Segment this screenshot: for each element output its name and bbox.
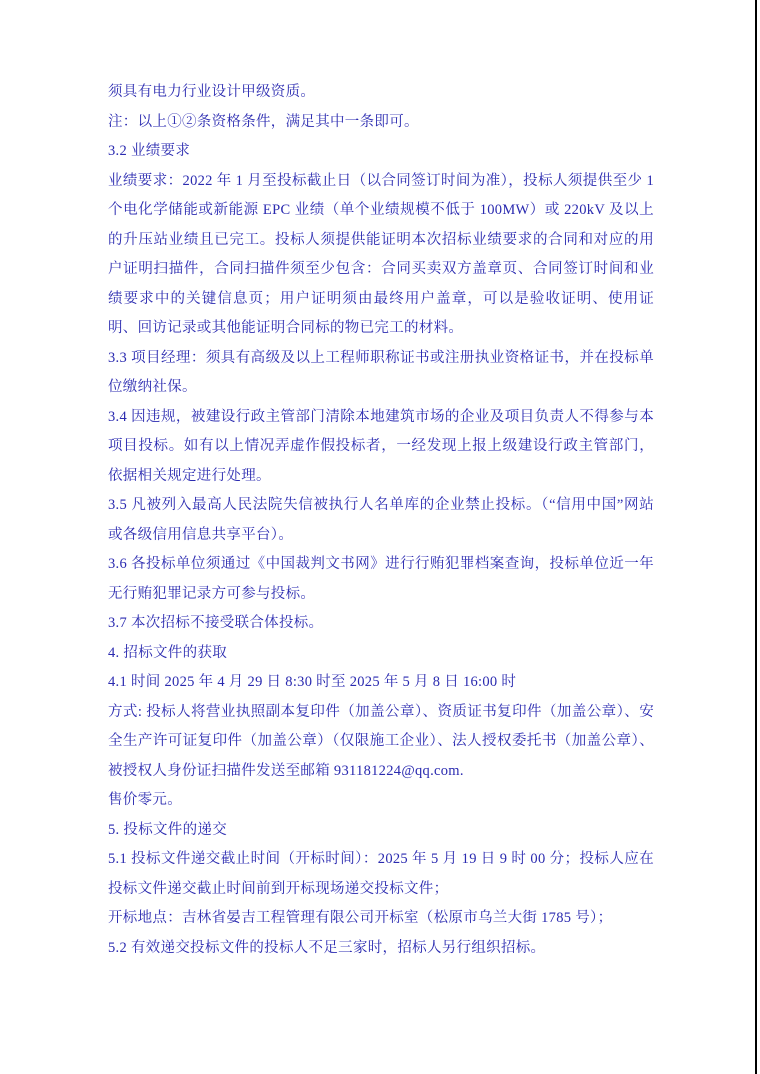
paragraph: 3.7 本次招标不接受联合体投标。	[108, 609, 654, 639]
document-page: 须具有电力行业设计甲级资质。注：以上①②条资格条件，满足其中一条即可。3.2 业…	[0, 0, 760, 1074]
paragraph: 5.1 投标文件递交截止时间（开标时间）：2025 年 5 月 19 日 9 时…	[108, 845, 654, 904]
document-body: 须具有电力行业设计甲级资质。注：以上①②条资格条件，满足其中一条即可。3.2 业…	[108, 78, 654, 963]
paragraph: 4.1 时间 2025 年 4 月 29 日 8:30 时至 2025 年 5 …	[108, 668, 654, 698]
paragraph: 业绩要求：2022 年 1 月至投标截止日（以合同签订时间为准），投标人须提供至…	[108, 167, 654, 344]
paragraph: 方式: 投标人将营业执照副本复印件（加盖公章）、资质证书复印件（加盖公章）、安全…	[108, 698, 654, 787]
paragraph: 5. 投标文件的递交	[108, 816, 654, 846]
paragraph: 5.2 有效递交投标文件的投标人不足三家时，招标人另行组织招标。	[108, 934, 654, 964]
paragraph: 3.5 凡被列入最高人民法院失信被执行人名单库的企业禁止投标。（“信用中国”网站…	[108, 491, 654, 550]
paragraph: 须具有电力行业设计甲级资质。	[108, 78, 654, 108]
paragraph: 3.6 各投标单位须通过《中国裁判文书网》进行行贿犯罪档案查询，投标单位近一年无…	[108, 550, 654, 609]
page-edge-line	[755, 0, 757, 1074]
paragraph: 开标地点：吉林省晏吉工程管理有限公司开标室（松原市乌兰大街 1785 号）；	[108, 904, 654, 934]
paragraph: 售价零元。	[108, 786, 654, 816]
paragraph: 3.4 因违规，被建设行政主管部门清除本地建筑市场的企业及项目负责人不得参与本项…	[108, 403, 654, 492]
paragraph: 3.2 业绩要求	[108, 137, 654, 167]
paragraph: 3.3 项目经理：须具有高级及以上工程师职称证书或注册执业资格证书，并在投标单位…	[108, 344, 654, 403]
paragraph: 注：以上①②条资格条件，满足其中一条即可。	[108, 108, 654, 138]
paragraph: 4. 招标文件的获取	[108, 639, 654, 669]
